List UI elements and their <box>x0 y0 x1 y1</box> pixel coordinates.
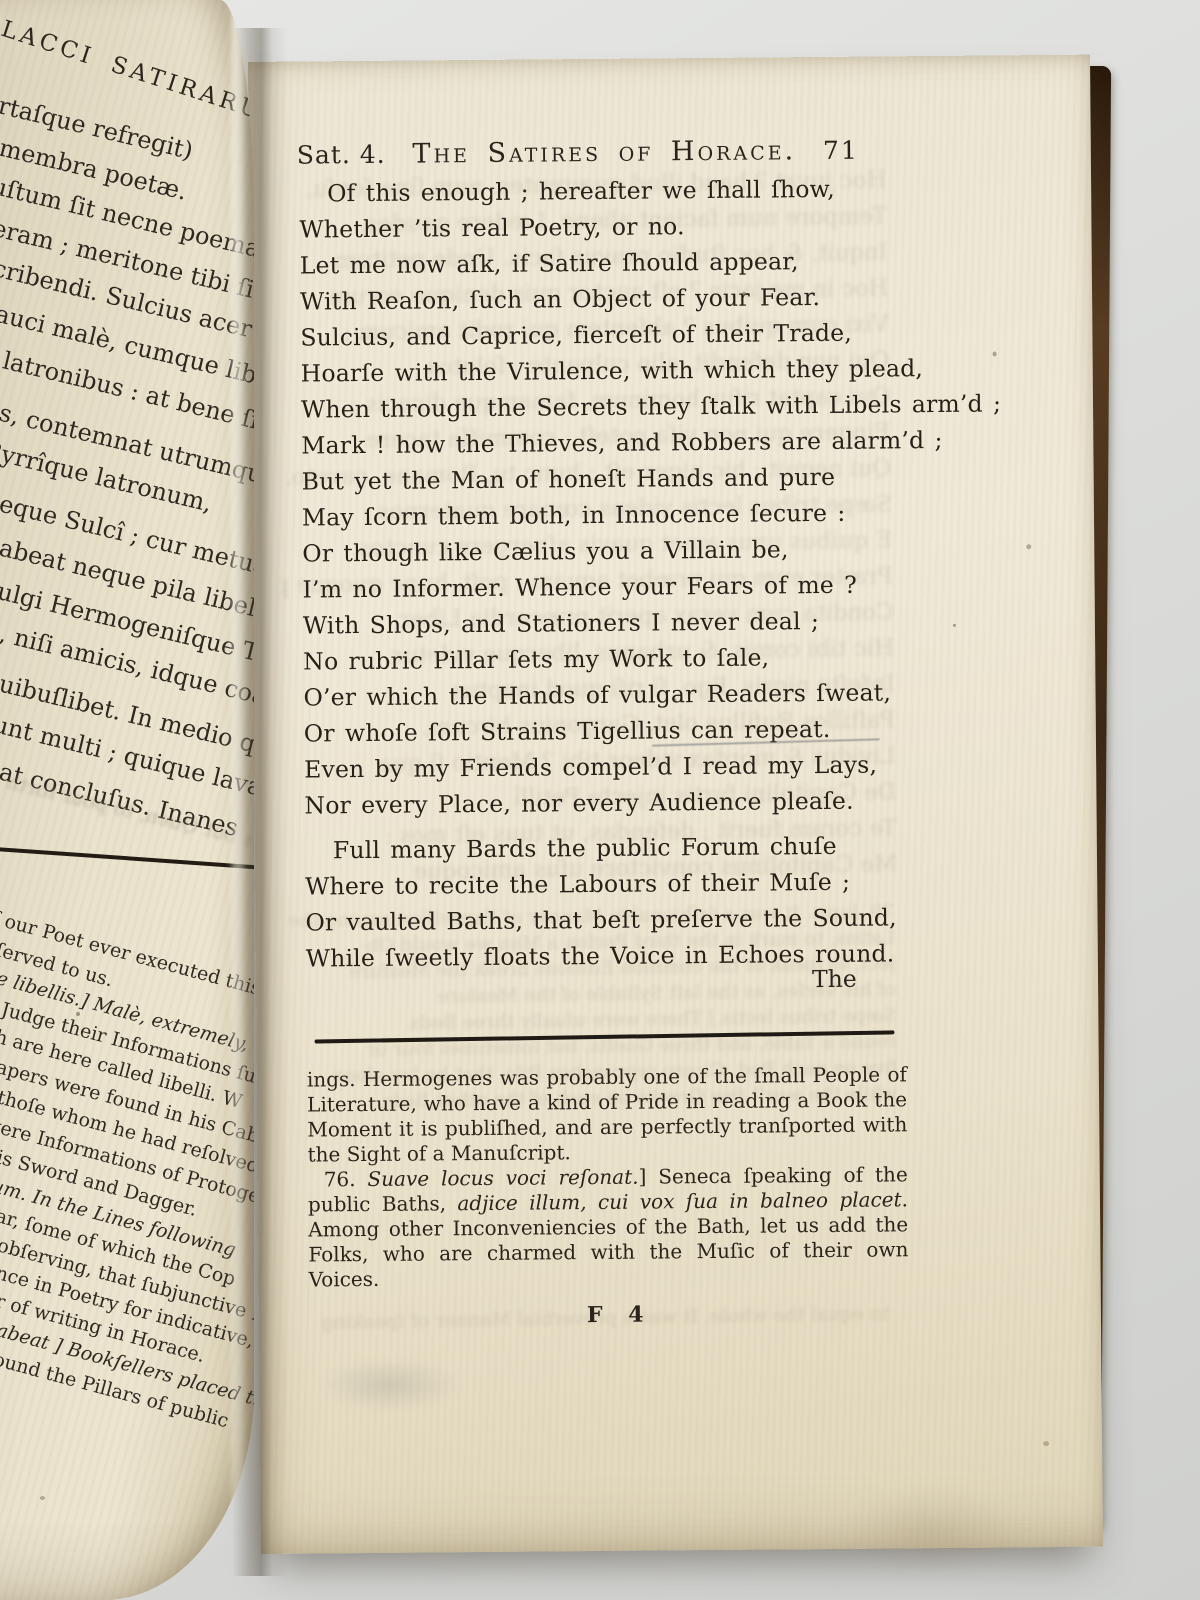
verse-line: Where to recite the Labours of their Muſ… <box>305 863 945 905</box>
footnote-paragraph: 76. Suave locus voci reſonat.] Seneca ſp… <box>308 1162 909 1292</box>
paper-speck <box>1043 1441 1049 1446</box>
paper-speck <box>953 624 956 627</box>
verse-line: Whether ’tis real Poetry, or no. <box>299 206 939 248</box>
paper-speck <box>40 1496 45 1500</box>
verse-block: Of this enough ; hereafter we ſhall ſhow… <box>299 170 946 977</box>
book-photograph: Hoc juvat ? haud illud quærentes, num ſi… <box>0 0 1200 1600</box>
footnote-rule <box>315 1030 895 1043</box>
paper-stain <box>840 1485 1021 1577</box>
verse-line: I’m no Informer. Whence your Fears of me… <box>302 566 942 608</box>
paper-speck <box>76 1012 80 1016</box>
paper-smudge <box>319 1358 459 1411</box>
verse-line: No rubric Pillar ſets my Work to ſale, <box>303 638 943 680</box>
verse-line: With Shops, and Stationers I never deal … <box>303 602 943 644</box>
verse-line: Or whoſe ſoft Strains Tigellius can repe… <box>304 710 944 752</box>
verse-line: Of this enough ; hereafter we ſhall ſhow… <box>299 170 939 212</box>
right-page: Hoc juvat ? haud illud quærentes, num ſi… <box>248 55 1103 1554</box>
verse-line: Let me now aſk, if Satire ſhould appear, <box>300 242 940 284</box>
paper-speck <box>993 351 997 356</box>
section-label: Sat. 4. <box>297 140 386 170</box>
footnote-number: 76. <box>324 1167 368 1191</box>
page-number: 71 <box>823 136 859 165</box>
verse-line: O’er which the Hands of vulgar Readers ſ… <box>303 674 943 716</box>
footnote-latin-quote: adjice illum, cui vox ſua in balneo plac… <box>457 1187 901 1215</box>
verse-line: Or vaulted Baths, that beſt preſerve the… <box>305 899 945 941</box>
footnote-paragraph: ings. Hermogenes was probably one of the… <box>307 1062 908 1167</box>
footnotes-block: ings. Hermogenes was probably one of the… <box>307 1062 909 1292</box>
verse-line: Sulcius, and Caprice, fierceſt of their … <box>300 314 940 356</box>
verse-line: When through the Secrets they ſtalk with… <box>301 386 941 428</box>
verse-line: With Reaſon, ſuch an Object of your Fear… <box>300 278 940 320</box>
verse-line: Full many Bards the public Forum chuſe <box>305 827 945 869</box>
verse-line: May ſcorn them both, in Innocence ſecure… <box>302 494 942 536</box>
verse-line: But yet the Man of honeſt Hands and pure <box>302 458 942 500</box>
verse-line: Or though like Cælius you a Villain be, <box>302 530 942 572</box>
left-footnote-rule <box>0 847 254 869</box>
paper-speck <box>1026 544 1031 549</box>
left-page: LACCI SATIRARUM LIB ortaſque refregit)i … <box>0 0 254 1600</box>
verse-line: Mark ! how the Thieves, and Robbers are … <box>301 422 941 464</box>
verse-line: Even by my Friends compel’d I read my La… <box>304 746 944 788</box>
footnote-latin-lemma: Suave locus voci reſonat. <box>367 1165 638 1191</box>
page-title: The Satires of Horace. <box>412 135 796 169</box>
verse-line: Hoarſe with the Virulence, with which th… <box>301 350 941 392</box>
catchword: The <box>812 965 857 993</box>
gathering-signature: F 4 <box>587 1302 653 1329</box>
verse-line: Nor every Place, nor every Audience plea… <box>304 782 944 824</box>
running-header: Sat. 4. The Satires of Horace. 71 <box>297 134 893 170</box>
